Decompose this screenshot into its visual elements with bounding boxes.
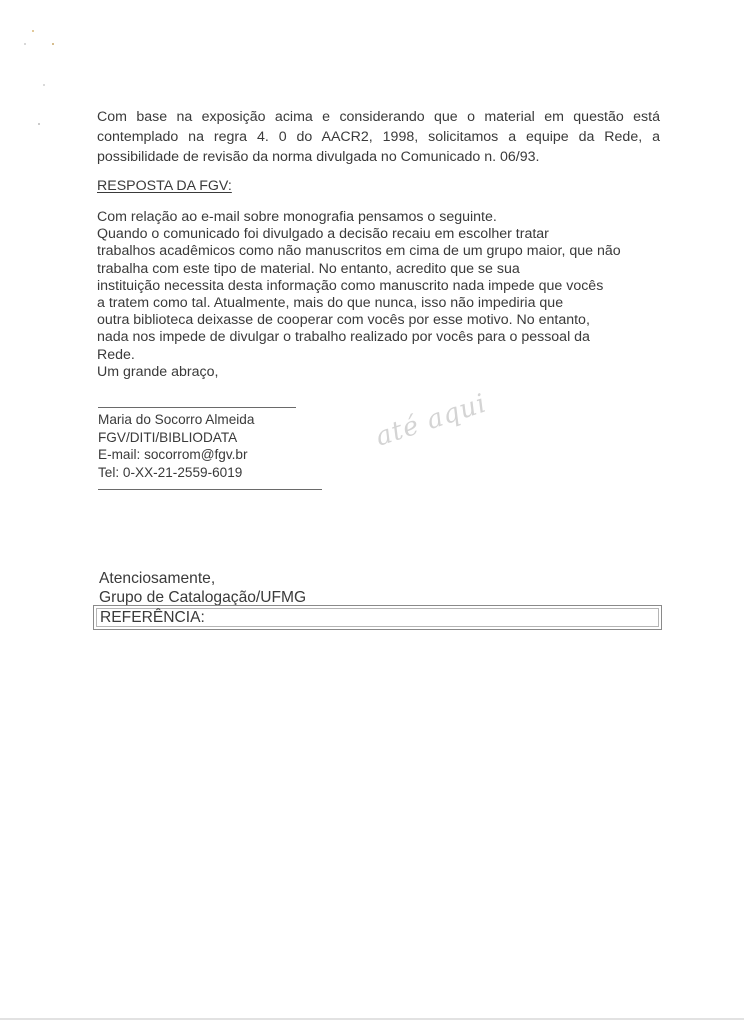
response-line: instituição necessita desta informação c… <box>97 278 667 295</box>
handwritten-note: até aqui <box>372 389 490 453</box>
closing-block: Atenciosamente, Grupo de Catalogação/UFM… <box>99 569 306 607</box>
signature-phone: Tel: 0-XX-21-2559-6019 <box>98 464 254 482</box>
scan-bottom-edge <box>0 1018 744 1020</box>
reference-label: REFERÊNCIA: <box>100 609 205 627</box>
signature-block: Maria do Socorro Almeida FGV/DITI/BIBLIO… <box>98 411 254 481</box>
response-line: a tratem como tal. Atualmente, mais do q… <box>97 295 667 312</box>
signature-name: Maria do Socorro Almeida <box>98 411 254 429</box>
response-line: nada nos impede de divulgar o trabalho r… <box>97 329 667 346</box>
response-body: Com relação ao e-mail sobre monografia p… <box>97 209 667 381</box>
response-line: Um grande abraço, <box>97 364 667 381</box>
response-line: Rede. <box>97 347 667 364</box>
signature-top-rule <box>98 407 296 408</box>
signature-department: FGV/DITI/BIBLIODATA <box>98 429 254 447</box>
response-line: Quando o comunicado foi divulgado a deci… <box>97 226 667 243</box>
signature-email: E-mail: socorrom@fgv.br <box>98 446 254 464</box>
response-line: trabalha com este tipo de material. No e… <box>97 261 667 278</box>
response-line: outra biblioteca deixasse de cooperar co… <box>97 312 667 329</box>
response-line: Com relação ao e-mail sobre monografia p… <box>97 209 667 226</box>
closing-salutation: Atenciosamente, <box>99 569 306 588</box>
signature-bottom-rule <box>98 489 322 490</box>
response-line: trabalhos acadêmicos como não manuscrito… <box>97 243 667 260</box>
intro-paragraph: Com base na exposição acima e consideran… <box>97 107 660 167</box>
response-heading: RESPOSTA DA FGV: <box>97 177 232 195</box>
reference-box: REFERÊNCIA: <box>93 605 662 630</box>
